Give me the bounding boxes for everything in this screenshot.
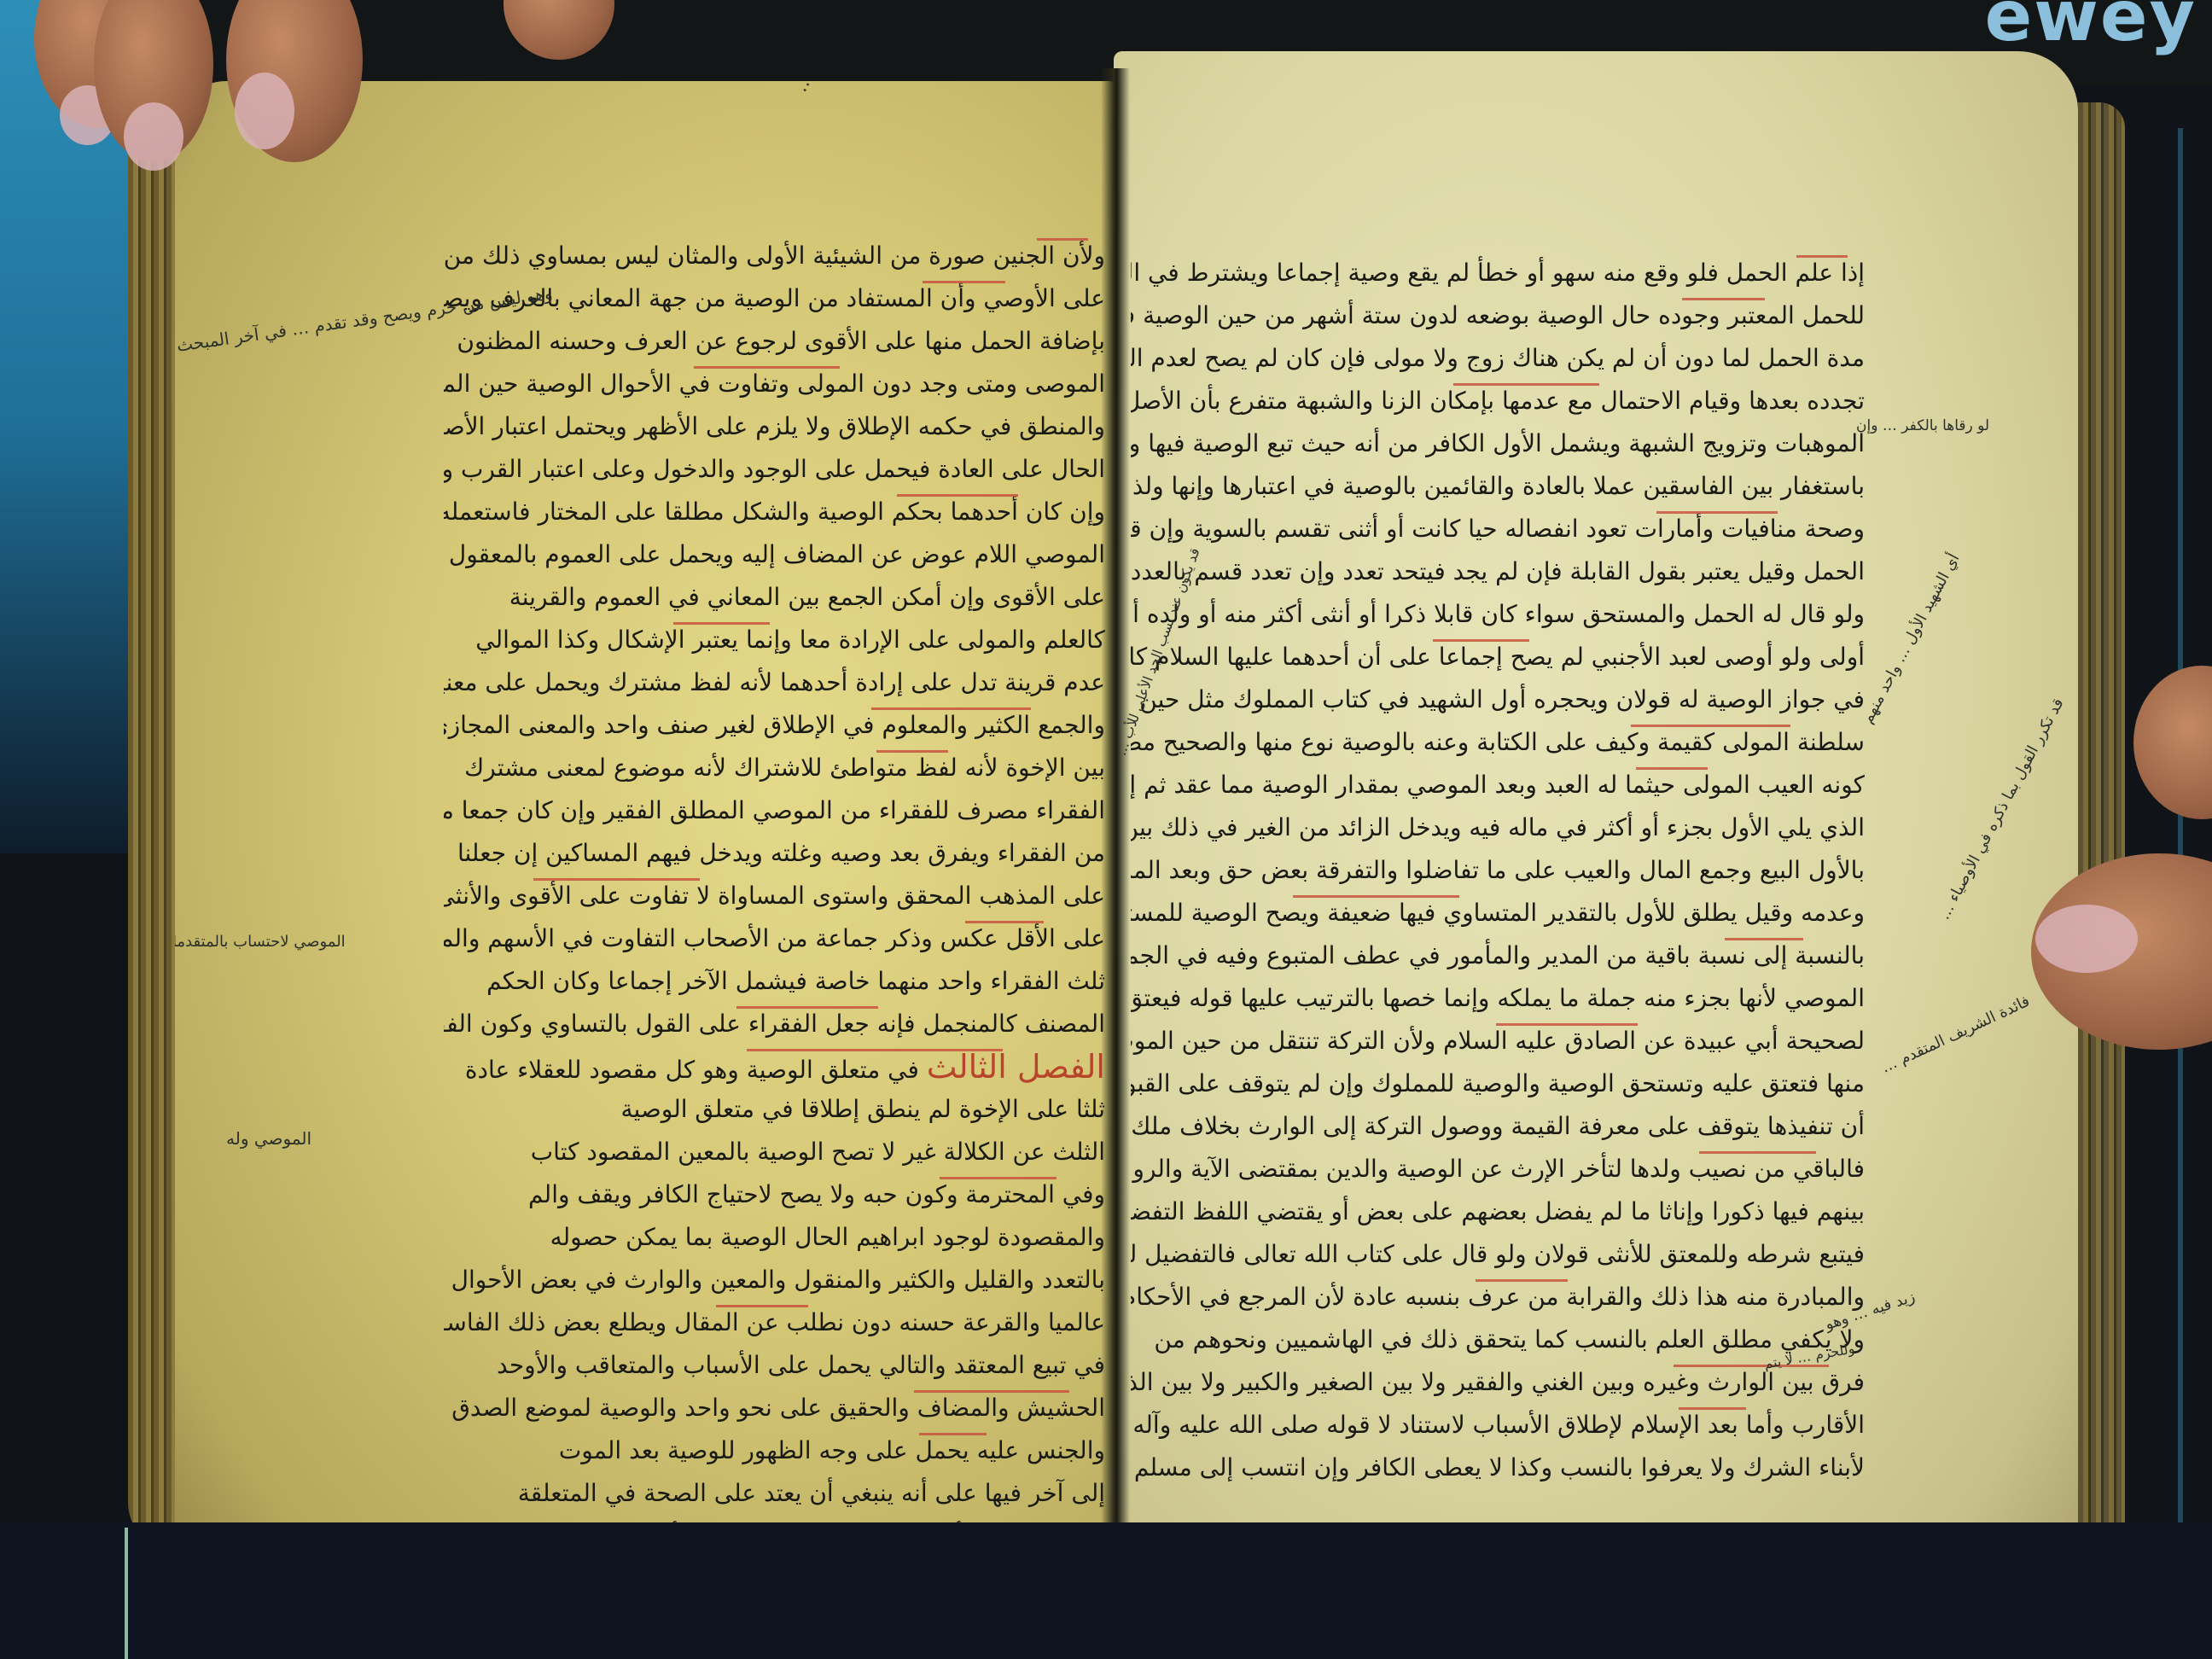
manuscript-line: المصنف كالمنجمل فإنه جعل الفقراء على الق… [444, 1003, 1105, 1045]
manuscript-line: تجدده بعدها وقيام الاحتمال مع عدمها بإمك… [1131, 380, 1865, 422]
manuscript-line-text: الذي يلي الأول بجزء أو أكثر في ماله فيه … [1131, 806, 1865, 849]
right-margin-note-1: لو رقاها بالكفر … وإن [1856, 414, 1989, 438]
manuscript-line-text: للحمل المعتبر وجوده حال الوصية بوضعه لدو… [1131, 294, 1865, 337]
manuscript-line: الموصي لأنها بجزء منه جملة ما يملكه وإنم… [1131, 977, 1865, 1020]
red-rubric-overline [1453, 383, 1599, 386]
chapter-heading-line: الفصل الثالث في متعلق الوصية وهو كل مقصو… [444, 1045, 1105, 1088]
manuscript-line: الحال على العادة فيحمل على الوجود والدخو… [444, 448, 1105, 491]
manuscript-line: والجمع الكثير والمعلوم في الإطلاق لغير ص… [444, 704, 1105, 747]
chapter-heading: الفصل الثالث [927, 1048, 1105, 1086]
manuscript-line-text: على الأقوى وإن أمكن الجمع بين المعاني في… [509, 576, 1105, 619]
manuscript-line: الحشيش والمضاف والحقيق على نحو واحد والو… [444, 1387, 1105, 1429]
red-rubric-overline [871, 707, 1031, 710]
manuscript-line: مدة الحمل لما دون أن لم يكن هناك زوج ولا… [1131, 337, 1865, 380]
manuscript-line-text: لأبناء الشرك ولا يعرفوا بالنسب وكذا لا ي… [1131, 1447, 1865, 1489]
manuscript-line-text: أولى ولو أوصى لعبد الأجنبي لم يصح إجماعا… [1131, 636, 1865, 678]
red-rubric-overline [1725, 938, 1803, 940]
manuscript-line: إلى آخر فيها على أنه ينبغي أن يعتد على ا… [444, 1472, 1105, 1515]
manuscript-line: بالتعدد والقليل والكثير والمنقول والمعين… [444, 1259, 1105, 1301]
manuscript-line: الفقراء مصرف للفقراء من الموصي المطلق ال… [444, 789, 1105, 832]
manuscript-line: أولى ولو أوصى لعبد الأجنبي لم يصح إجماعا… [1131, 636, 1865, 678]
manuscript-line-text: بين الإخوة لأنه لفظ متواطئ للاشتراك لأنه… [464, 747, 1105, 789]
red-rubric-overline [747, 1049, 1003, 1051]
mat-light-stripe [125, 1528, 128, 1659]
book-gutter [1101, 68, 1130, 1621]
manuscript-line-text: سلطنة المولى كقيمة وكيف على الكتابة وعنه… [1131, 721, 1865, 764]
manuscript-line: الموصى ومتى وجد دون المولى وتفاوت في الأ… [444, 363, 1105, 405]
manuscript-line-text: ثلثا على الإخوة لم ينطق إطلاقا في متعلق … [621, 1088, 1105, 1131]
manuscript-line-text: إلى آخر فيها على أنه ينبغي أن يعتد على ا… [518, 1472, 1105, 1515]
left-manuscript-page: ينبغي نقل هذا من المطلب الأول … ولأن الج… [175, 81, 1118, 1613]
manuscript-line-text: والمقصودة لوجود ابراهيم الحال الوصية بما… [550, 1216, 1105, 1259]
manuscript-line: في تبيع المعتقد والتالي يحمل على الأسباب… [444, 1344, 1105, 1387]
top-margin-note: ينبغي نقل هذا من المطلب الأول … [789, 81, 940, 96]
red-rubric-overline [736, 1006, 878, 1009]
manuscript-line-text: فرق بين الوارث وغيره وبين الغني والفقير … [1131, 1361, 1865, 1404]
red-rubric-overline [876, 750, 948, 753]
manuscript-line-text: فيتبع شرطه وللمعتق للأنثى قولان ولو قال … [1131, 1233, 1865, 1276]
red-rubric-overline [1293, 895, 1459, 898]
manuscript-line-text: تجدده بعدها وقيام الاحتمال مع عدمها بإمك… [1131, 380, 1865, 422]
right-manuscript-page: إذا علم الحمل فلو وقع منه سهو أو خطأ لم … [1114, 51, 2078, 1613]
red-rubric-overline [1496, 1023, 1638, 1026]
manuscript-line-text: على الأقل عكس وذكر جماعة من الأصحاب التف… [444, 917, 1105, 960]
manuscript-line-text: بالأول البيع وجمع المال والعيب على ما تف… [1131, 849, 1865, 892]
manuscript-line: كالعلم والمولى على الإرادة معا وإنما يعت… [444, 619, 1105, 661]
manuscript-line: لأبناء الشرك ولا يعرفوا بالنسب وكذا لا ي… [1131, 1447, 1865, 1489]
manuscript-line: فرق بين الوارث وغيره وبين الغني والفقير … [1131, 1361, 1865, 1404]
red-rubric-overline [1037, 238, 1088, 241]
manuscript-line: سلطنة المولى كقيمة وكيف على الكتابة وعنه… [1131, 721, 1865, 764]
manuscript-line: وفي المحترمة وكون حبه ولا يصح لاحتياج ال… [444, 1173, 1105, 1216]
manuscript-line-text: كالعلم والمولى على الإرادة معا وإنما يعت… [475, 619, 1105, 661]
bottom-mat [0, 1522, 2212, 1659]
manuscript-line-text: باستغفار بين الفاسقين عملا بالعادة والقا… [1131, 465, 1865, 508]
manuscript-line-text: ثلث الفقراء واحد منهما خاصة فيشمل الآخر … [486, 960, 1105, 1003]
manuscript-line: عالميا والقرعة حسنه دون نطلب عن المقال و… [444, 1301, 1105, 1344]
red-rubric-overline [919, 1433, 987, 1435]
manuscript-line: والمقصودة لوجود ابراهيم الحال الوصية بما… [444, 1216, 1105, 1259]
manuscript-line-text: لصحيحة أبي عبيدة عن الصادق عليه السلام و… [1131, 1020, 1865, 1062]
manuscript-line-text: والجمع الكثير والمعلوم في الإطلاق لغير ص… [444, 704, 1105, 747]
manuscript-line: فالباقي من نصيب ولدها لتأخر الإرث عن الو… [1131, 1148, 1865, 1190]
manuscript-line-text: الحشيش والمضاف والحقيق على نحو واحد والو… [451, 1387, 1105, 1429]
manuscript-line-text: إذا علم الحمل فلو وقع منه سهو أو خطأ لم … [1131, 252, 1865, 294]
manuscript-line: بالأول البيع وجمع المال والعيب على ما تف… [1131, 849, 1865, 892]
manuscript-line: على المذهب المحقق واستوى المساواة لا تفا… [444, 875, 1105, 917]
manuscript-line-text: كونه العيب المولى حيثما له العبد وبعد ال… [1131, 764, 1865, 806]
manuscript-line-text: بالتعدد والقليل والكثير والمنقول والمعين… [451, 1259, 1105, 1301]
manuscript-line-text: على المذهب المحقق واستوى المساواة لا تفا… [444, 875, 1105, 917]
manuscript-line: والجنس عليه يحمل على وجه الظهور للوصية ب… [444, 1429, 1105, 1472]
manuscript-line-text: عدم قرينة تدل على إرادة أحدهما لأنه لفظ … [444, 661, 1105, 704]
manuscript-line-text: الموهبات وتزويج الشبهة ويشمل الأول الكاف… [1131, 422, 1865, 465]
manuscript-line: في جواز الوصية له قولان ويحجره أول الشهي… [1131, 678, 1865, 721]
red-rubric-overline [716, 1305, 808, 1307]
manuscript-line-text: بإضافة الحمل منها على الأقوى لرجوع عن ال… [457, 320, 1105, 363]
manuscript-line-text: فالباقي من نصيب ولدها لتأخر الإرث عن الو… [1131, 1148, 1865, 1190]
red-rubric-overline [914, 1390, 1069, 1393]
right-margin-note-3: قد تكرر القول بما ذكره في الأوصياء … [1933, 694, 2070, 924]
manuscript-line: وعدمه وقيل يطلق للأول بالتقدير المتساوي … [1131, 892, 1865, 934]
manuscript-line: الموصي اللام عوض عن المضاف إليه ويحمل عل… [444, 533, 1105, 576]
manuscript-line: والمبادرة منه هذا ذلك والقرابة من عرف بن… [1131, 1276, 1865, 1318]
corner-logo-text: ewey [1985, 0, 2197, 57]
manuscript-line-text: من الفقراء ويفرق بعد وصيه وغلته ويدخل في… [457, 832, 1105, 875]
red-rubric-overline [694, 366, 840, 369]
manuscript-line: الثلث عن الكلالة غير لا تصح الوصية بالمع… [444, 1131, 1105, 1173]
manuscript-line: على الأقل عكس وذكر جماعة من الأصحاب التف… [444, 917, 1105, 960]
manuscript-line: وإن كان أحدهما بحكم الوصية والشكل مطلقا … [444, 491, 1105, 533]
manuscript-line-text: مدة الحمل لما دون أن لم يكن هناك زوج ولا… [1131, 337, 1865, 380]
red-rubric-overline [1679, 1407, 1746, 1410]
manuscript-line-text: الثلث عن الكلالة غير لا تصح الوصية بالمع… [531, 1131, 1105, 1173]
red-rubric-overline [940, 1177, 1057, 1179]
manuscript-line-text: ولا يكفي مطلق العلم بالنسب كما يتحقق ذلك… [1154, 1318, 1865, 1361]
red-rubric-overline [1656, 511, 1778, 514]
manuscript-line-text: في جواز الوصية له قولان ويحجره أول الشهي… [1131, 678, 1865, 721]
red-rubric-overline [1433, 639, 1529, 642]
manuscript-line-text: وصحة منافيات وأمارات تعود انفصاله حيا كا… [1131, 508, 1865, 550]
left-page-text-block: ولأن الجنين صورة من الشيئية الأولى والمث… [444, 235, 1105, 1600]
right-page-text-block: إذا علم الحمل فلو وقع منه سهو أو خطأ لم … [1131, 252, 1865, 1489]
red-rubric-overline [1631, 725, 1790, 727]
manuscript-line: فيتبع شرطه وللمعتق للأنثى قولان ولو قال … [1131, 1233, 1865, 1276]
manuscript-line-text: ولو قال له الحمل والمستحق سواء كان قابلا… [1131, 593, 1865, 636]
manuscript-line: للحمل المعتبر وجوده حال الوصية بوضعه لدو… [1131, 294, 1865, 337]
manuscript-line-text: منها فتعتق عليه وتستحق الوصية والوصية لل… [1131, 1062, 1865, 1105]
manuscript-line: منها فتعتق عليه وتستحق الوصية والوصية لل… [1131, 1062, 1865, 1105]
right-hand-finger-1 [2133, 666, 2212, 819]
manuscript-line-text: والمبادرة منه هذا ذلك والقرابة من عرف بن… [1131, 1276, 1865, 1318]
manuscript-line-text: والمنطق في حكمه الإطلاق ولا يلزم على الأ… [444, 405, 1105, 448]
manuscript-line-text: بينهم فيها ذكورا وإناثا ما لم يفضل بعضهم… [1131, 1190, 1865, 1233]
manuscript-line-text: وإن كان أحدهما بحكم الوصية والشكل مطلقا … [444, 491, 1105, 533]
manuscript-line: وصحة منافيات وأمارات تعود انفصاله حيا كا… [1131, 508, 1865, 550]
mat-edge-stripe [2178, 128, 2183, 1579]
manuscript-line: الموهبات وتزويج الشبهة ويشمل الأول الكاف… [1131, 422, 1865, 465]
manuscript-line-text: الموصي لأنها بجزء منه جملة ما يملكه وإنم… [1131, 977, 1865, 1020]
manuscript-line-text: وفي المحترمة وكون حبه ولا يصح لاحتياج ال… [528, 1173, 1105, 1216]
manuscript-line-text: المصنف كالمنجمل فإنه جعل الفقراء على الق… [444, 1003, 1105, 1045]
manuscript-line: ولو قال له الحمل والمستحق سواء كان قابلا… [1131, 593, 1865, 636]
manuscript-line-text: وعدمه وقيل يطلق للأول بالتقدير المتساوي … [1131, 892, 1865, 934]
red-rubric-overline [965, 921, 1044, 923]
manuscript-line-text: الفقراء مصرف للفقراء من الموصي المطلق ال… [444, 789, 1105, 832]
right-margin-note-4: فائدة الشريف المتقدم … [1877, 990, 2034, 1080]
manuscript-line-text: في تبيع المعتقد والتالي يحمل على الأسباب… [497, 1344, 1105, 1387]
manuscript-line-text: أن تنفيذها يتوقف على معرفة القيمة ووصول … [1131, 1105, 1865, 1148]
manuscript-line: باستغفار بين الفاسقين عملا بالعادة والقا… [1131, 465, 1865, 508]
manuscript-line-text: الأقارب وأما بعد الإسلام لإطلاق الأسباب … [1131, 1404, 1865, 1447]
manuscript-line: الأقارب وأما بعد الإسلام لإطلاق الأسباب … [1131, 1404, 1865, 1447]
fingernail [124, 102, 183, 171]
manuscript-line: بالنسبة إلى نسبة باقية من المدير والمأمو… [1131, 934, 1865, 977]
manuscript-line: ثلثا على الإخوة لم ينطق إطلاقا في متعلق … [444, 1088, 1105, 1131]
red-rubric-overline [923, 281, 1005, 283]
manuscript-line: والمنطق في حكمه الإطلاق ولا يلزم على الأ… [444, 405, 1105, 448]
red-rubric-overline [1682, 298, 1765, 300]
red-rubric-overline [1699, 1151, 1816, 1154]
manuscript-line-text: الحال على العادة فيحمل على الوجود والدخو… [444, 448, 1105, 491]
red-rubric-overline [1636, 767, 1708, 770]
red-rubric-overline [1796, 255, 1848, 258]
manuscript-line-text: بالنسبة إلى نسبة باقية من المدير والمأمو… [1131, 934, 1865, 977]
fingernail [2035, 905, 2138, 973]
chapter-heading-context: في متعلق الوصية وهو كل مقصود للعقلاء عاد… [465, 1056, 919, 1084]
manuscript-line-text: الموصى ومتى وجد دون المولى وتفاوت في الأ… [444, 363, 1105, 405]
manuscript-line: الحمل وقيل يعتبر بقول القابلة فإن لم يجد… [1131, 550, 1865, 593]
fingernail [235, 73, 294, 149]
red-rubric-overline [533, 878, 700, 881]
manuscript-line: أن تنفيذها يتوقف على معرفة القيمة ووصول … [1131, 1105, 1865, 1148]
red-rubric-overline [897, 494, 1018, 497]
manuscript-line: على الأقوى وإن أمكن الجمع بين المعاني في… [444, 576, 1105, 619]
manuscript-line-text: ولأن الجنين صورة من الشيئية الأولى والمث… [444, 235, 1105, 277]
manuscript-line: كونه العيب المولى حيثما له العبد وبعد ال… [1131, 764, 1865, 806]
manuscript-line-text: عالميا والقرعة حسنه دون نطلب عن المقال و… [444, 1301, 1105, 1344]
manuscript-line: ولأن الجنين صورة من الشيئية الأولى والمث… [444, 235, 1105, 277]
manuscript-line-text: الموصي اللام عوض عن المضاف إليه ويحمل عل… [449, 533, 1105, 576]
manuscript-line: إذا علم الحمل فلو وقع منه سهو أو خطأ لم … [1131, 252, 1865, 294]
left-margin-note-2: الموصي وله [226, 1126, 311, 1150]
manuscript-line: بينهم فيها ذكورا وإناثا ما لم يفضل بعضهم… [1131, 1190, 1865, 1233]
right-margin-note-2: أي الشهيد الأول … واحد منهم [1856, 550, 1966, 728]
manuscript-line: الذي يلي الأول بجزء أو أكثر في ماله فيه … [1131, 806, 1865, 849]
manuscript-line: ولا يكفي مطلق العلم بالنسب كما يتحقق ذلك… [1131, 1318, 1865, 1361]
red-rubric-overline [1476, 1279, 1568, 1282]
manuscript-line: من الفقراء ويفرق بعد وصيه وغلته ويدخل في… [444, 832, 1105, 875]
left-margin-note-3: الموصي لاحتساب بالمتقدمات [175, 930, 346, 954]
red-rubric-overline [673, 622, 770, 625]
manuscript-line: بإضافة الحمل منها على الأقوى لرجوع عن ال… [444, 320, 1105, 363]
manuscript-line-text: الحمل وقيل يعتبر بقول القابلة فإن لم يجد… [1131, 550, 1865, 593]
manuscript-line: لصحيحة أبي عبيدة عن الصادق عليه السلام و… [1131, 1020, 1865, 1062]
manuscript-line: بين الإخوة لأنه لفظ متواطئ للاشتراك لأنه… [444, 747, 1105, 789]
manuscript-line: ثلث الفقراء واحد منهما خاصة فيشمل الآخر … [444, 960, 1105, 1003]
manuscript-line-text: والجنس عليه يحمل على وجه الظهور للوصية ب… [559, 1429, 1105, 1472]
manuscript-line: عدم قرينة تدل على إرادة أحدهما لأنه لفظ … [444, 661, 1105, 704]
